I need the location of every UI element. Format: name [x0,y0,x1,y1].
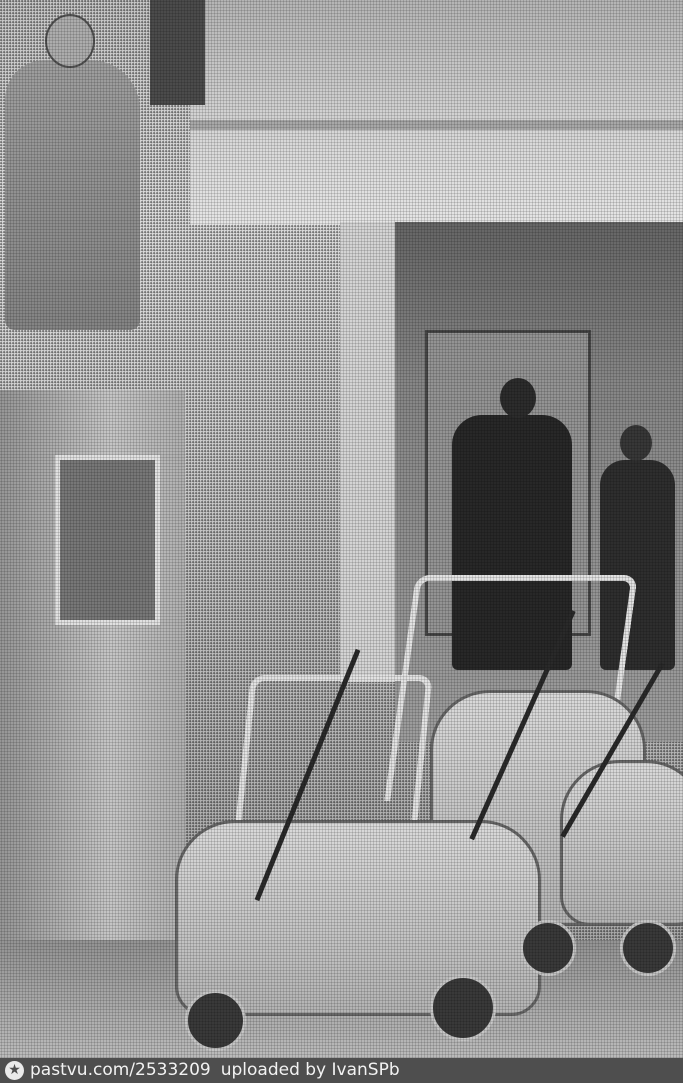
historical-photo [0,0,683,1058]
pedestal-window [55,455,160,625]
statue-head [45,14,95,68]
pram-wheel [430,975,496,1041]
column [340,222,395,682]
woman-head [620,425,652,461]
uploader-credit: uploaded by IvanSPb [221,1058,400,1083]
pram-wheel [620,920,676,976]
statue-body [5,60,140,330]
pram-wheel [185,990,246,1051]
source-url[interactable]: pastvu.com/2533209 [30,1058,211,1083]
pram-wheel [520,920,576,976]
cornice [190,120,683,130]
photo-frame: ★ pastvu.com/2533209 uploaded by IvanSPb [0,0,683,1083]
source-caption-bar: ★ pastvu.com/2533209 uploaded by IvanSPb [0,1058,683,1083]
star-icon: ★ [5,1061,24,1080]
dark-pillar [150,0,205,105]
person-head [500,378,536,418]
pram [560,760,683,926]
building-facade [190,0,683,225]
